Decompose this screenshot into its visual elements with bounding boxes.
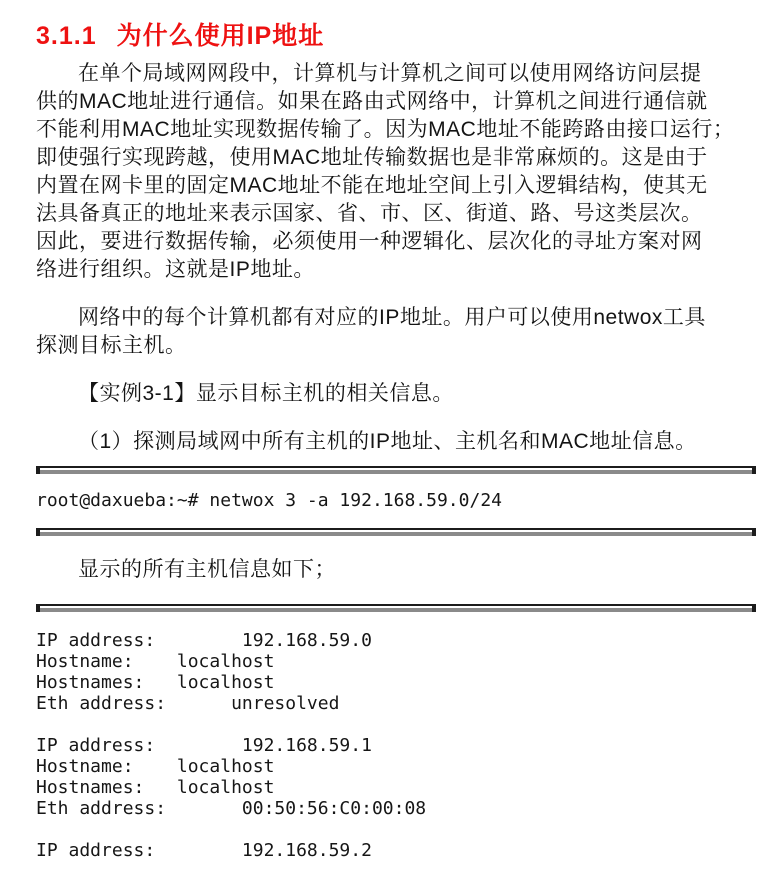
- paragraph-netwox-intro: 网络中的每个计算机都有对应的IP地址。用户可以使用netwox工具 探测目标主机…: [36, 304, 756, 360]
- terminal-output: IP address: 192.168.59.0 Hostname: local…: [36, 630, 756, 861]
- terminal-command: root@daxueba:~# netwox 3 -a 192.168.59.0…: [36, 490, 756, 512]
- paragraph-output-intro: 显示的所有主机信息如下；: [36, 556, 756, 584]
- divider-rule-top: [36, 466, 756, 474]
- paragraph-step1: （1）探测局域网中所有主机的IP地址、主机名和MAC地址信息。: [36, 428, 756, 456]
- divider-rule-bottom: [36, 604, 756, 612]
- section-heading: 3.1.1为什么使用IP地址: [36, 22, 756, 50]
- book-page: 3.1.1为什么使用IP地址 在单个局域网网段中，计算机与计算机之间可以使用网络…: [0, 0, 778, 878]
- paragraph-example-label: 【实例3-1】显示目标主机的相关信息。: [36, 380, 756, 408]
- section-number: 3.1.1: [36, 22, 97, 50]
- section-title: 为什么使用IP地址: [117, 22, 325, 50]
- paragraph-why-ip: 在单个局域网网段中，计算机与计算机之间可以使用网络访问层提 供的MAC地址进行通…: [36, 60, 756, 284]
- divider-rule-mid: [36, 528, 756, 536]
